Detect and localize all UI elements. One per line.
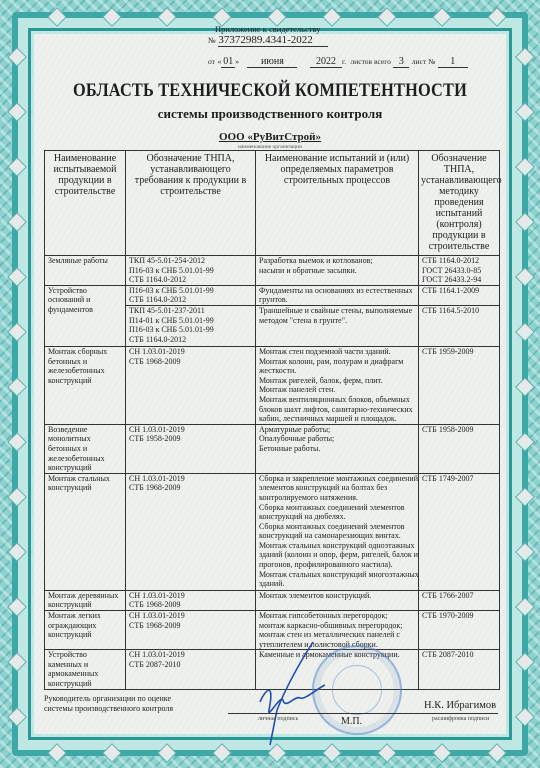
sheets-total: 3 xyxy=(393,56,409,68)
cell-tnpa-method: СТБ 1970-2009 xyxy=(419,610,500,649)
cell-line: Монтаж стальных конструкций многоэтажных xyxy=(259,570,415,580)
cell-tnpa-requirements: СН 1.03.01-2019СТБ 1958-2009 xyxy=(126,424,256,473)
cell-product: Монтаж легкихограждающихконструкций xyxy=(45,610,126,649)
table-row: Монтаж сборныхбетонных ижелезобетонныхко… xyxy=(45,346,500,424)
date-prefix: от xyxy=(208,57,215,66)
cell-line: насыпи и обратные засыпки. xyxy=(259,266,415,276)
cell-line: Разработка выемок и котлованов; xyxy=(259,256,415,266)
cell-line: зданий (колонн и опор, ферм, ригелей, ба… xyxy=(259,550,415,560)
column-header-tnpa-method: Обозначение ТНПА, устанавливающего метод… xyxy=(419,151,500,256)
column-header-tests: Наименование испытаний и (или) определяе… xyxy=(256,151,419,256)
cell-line: П16-03 к СНБ 5.01.01-99 xyxy=(129,266,252,276)
cell-line: Монтаж стальных конструкций одноэтажных xyxy=(259,541,415,551)
cell-tnpa-requirements: СН 1.03.01-2019СТБ 1968-2009 xyxy=(126,610,256,649)
cell-product: Монтаж стальныхконструкций xyxy=(45,473,126,590)
certificate-number: 37372989.4341-2022 xyxy=(218,34,328,47)
cell-line: Монтаж ригелей, балок, ферм, плит. xyxy=(259,376,415,386)
table-row: Земляные работыТКП 45-5.01-254-2012П16-0… xyxy=(45,256,500,286)
cell-line: СТБ 1958-2009 xyxy=(129,434,252,444)
year-suffix: г. xyxy=(342,57,346,66)
stamp-label: М.П. xyxy=(341,716,362,727)
cell-line: СН 1.03.01-2019 xyxy=(129,650,252,660)
cell-product: Устройствооснований ифундаментов xyxy=(45,285,126,346)
table-row: Устройствооснований ифундаментовП16-03 к… xyxy=(45,285,500,305)
cell-line: Устройство xyxy=(48,286,122,296)
cell-line: ограждающих xyxy=(48,621,122,631)
cell-line: СТБ 1958-2009 xyxy=(422,425,496,435)
cell-line: зданий. xyxy=(259,579,415,589)
cell-line: конструкций на дюбелях. xyxy=(259,512,415,522)
signer-role: Руководитель организации по оценке систе… xyxy=(44,694,173,714)
cell-tnpa-requirements: СН 1.03.01-2019СТБ 1968-2009 xyxy=(126,346,256,424)
stamp-emblem xyxy=(332,665,382,715)
cell-line: СТБ 1970-2009 xyxy=(422,611,496,621)
date-month: июня xyxy=(247,56,297,68)
cell-product: Монтаж сборныхбетонных ижелезобетонныхко… xyxy=(45,346,126,424)
sheets-total-label: листов всего xyxy=(351,57,391,66)
certificate-number-row: № 37372989.4341-2022 xyxy=(208,34,328,47)
cell-line: Опалубочные работы; xyxy=(259,434,415,444)
cell-tnpa-method: СТБ 1164.1-2009 xyxy=(419,285,500,305)
cell-line: монолитных xyxy=(48,434,122,444)
cell-line: Монтаж легких xyxy=(48,611,122,621)
cell-product: Земляные работы xyxy=(45,256,126,286)
cell-tnpa-method: СТБ 1164.5-2010 xyxy=(419,305,500,346)
cell-line: элементов конструкций на болтах без xyxy=(259,483,415,493)
cell-line: Фундаменты на основаниях из естественных xyxy=(259,286,415,296)
organization-name: ООО «РуВитСтрой» xyxy=(0,131,540,143)
cell-line: Бетонные работы. xyxy=(259,444,415,454)
cell-line: П16-03 к СНБ 5.01.01-99 xyxy=(129,325,252,335)
cell-line: Арматурные работы; xyxy=(259,425,415,435)
cell-line: СТБ 1164.1-2009 xyxy=(422,286,496,296)
cell-line: контролируемого натяжения. xyxy=(259,493,415,503)
sheet-number: 1 xyxy=(438,56,468,68)
cell-line: железобетонных xyxy=(48,454,122,464)
cell-line: фундаментов xyxy=(48,305,122,315)
cell-tnpa-requirements: П16-03 к СНБ 5.01.01-99СТБ 1164.0-2012 xyxy=(126,285,256,305)
cell-product: Устройствокаменных иармокаменныхконструк… xyxy=(45,650,126,690)
cell-line: конструкций xyxy=(48,600,122,610)
signer-role-line2: системы производственного контроля xyxy=(44,704,173,714)
cell-line: монтаж каркасно-обшивных перегородок; xyxy=(259,621,415,631)
cell-line: железобетонных xyxy=(48,366,122,376)
cell-line: грунтов. xyxy=(259,295,415,305)
cell-line: ТКП 45-5.01-254-2012 xyxy=(129,256,252,266)
cell-line: Траншейные и свайные стены, выполняемые xyxy=(259,306,415,316)
cell-line: СТБ 1959-2009 xyxy=(422,347,496,357)
cell-line: Устройство xyxy=(48,650,122,660)
sheet-label: лист № xyxy=(412,57,435,66)
cell-tnpa-requirements: ТКП 45-5.01-237-2011П14-01 к СНБ 5.01.01… xyxy=(126,305,256,346)
signer-role-line1: Руководитель организации по оценке xyxy=(44,694,173,704)
number-prefix: № xyxy=(208,36,216,45)
table-row: Монтаж деревянныхконструкцийСН 1.03.01-2… xyxy=(45,590,500,610)
cell-line: Сборка и закрепление монтажных соединени… xyxy=(259,474,415,484)
cell-tests: Сборка и закрепление монтажных соединени… xyxy=(256,473,419,590)
cell-line: ГОСТ 26433.2-94 xyxy=(422,275,496,285)
cell-line: СТБ 2087-2010 xyxy=(422,650,496,660)
cell-tests: Арматурные работы;Опалубочные работы;Бет… xyxy=(256,424,419,473)
date-day: 01 xyxy=(221,56,235,68)
cell-tnpa-method: СТБ 1958-2009 xyxy=(419,424,500,473)
signer-name-caption: расшифровка подписи xyxy=(432,716,489,722)
cell-line: конструкций xyxy=(48,630,122,640)
cell-product: Монтаж деревянныхконструкций xyxy=(45,590,126,610)
cell-line: СН 1.03.01-2019 xyxy=(129,611,252,621)
column-header-tnpa-requirements: Обозначение ТНПА, устанавливающего требо… xyxy=(126,151,256,256)
cell-line: СТБ 1968-2009 xyxy=(129,600,252,610)
signature-caption: личная подпись xyxy=(258,716,298,722)
cell-line: СТБ 2087-2010 xyxy=(129,660,252,670)
table-header-row: Наименование испытываемой продукции в ст… xyxy=(45,151,500,256)
cell-line: Монтаж сборных xyxy=(48,347,122,357)
cell-line: ТКП 45-5.01-237-2011 xyxy=(129,306,252,316)
cell-line: Монтаж панелей стен. xyxy=(259,385,415,395)
cell-tests: Траншейные и свайные стены, выполняемыем… xyxy=(256,305,419,346)
cell-tnpa-requirements: СН 1.03.01-2019СТБ 2087-2010 xyxy=(126,650,256,690)
cell-tnpa-method: СТБ 1766-2007 xyxy=(419,590,500,610)
cell-line: конструкций xyxy=(48,376,122,386)
cell-line: П16-03 к СНБ 5.01.01-99 xyxy=(129,286,252,296)
signature-scribble xyxy=(255,640,335,750)
cell-line: СН 1.03.01-2019 xyxy=(129,425,252,435)
date-year: 2022 xyxy=(310,56,342,68)
cell-line: СТБ 1164.0-2012 xyxy=(422,256,496,266)
cell-line: конструкций xyxy=(48,679,122,689)
cell-tnpa-method: СТБ 1959-2009 xyxy=(419,346,500,424)
cell-tests: Фундаменты на основаниях из естественных… xyxy=(256,285,419,305)
cell-line: бетонных и xyxy=(48,357,122,367)
appendix-label: Приложение к свидетельству xyxy=(215,24,321,34)
cell-line: прогонов, профилированного настила). xyxy=(259,560,415,570)
cell-tnpa-requirements: СН 1.03.01-2019СТБ 1968-2009 xyxy=(126,473,256,590)
cell-tests: Разработка выемок и котлованов;насыпи и … xyxy=(256,256,419,286)
cell-line: блоков шахт лифтов, санитарно-технически… xyxy=(259,405,415,415)
cell-line: оснований и xyxy=(48,295,122,305)
cell-tests: Монтаж элементов конструкций. xyxy=(256,590,419,610)
cell-line: П14-01 к СНБ 5.01.01-99 xyxy=(129,316,252,326)
cell-line: СТБ 1766-2007 xyxy=(422,591,496,601)
cell-line: жесткости. xyxy=(259,366,415,376)
cell-line: СТБ 1968-2009 xyxy=(129,357,252,367)
cell-line: Монтаж деревянных xyxy=(48,591,122,601)
cell-product: Возведениемонолитныхбетонных ижелезобето… xyxy=(45,424,126,473)
cell-line: СТБ 1968-2009 xyxy=(129,483,252,493)
cell-line: СТБ 1164.0-2012 xyxy=(129,335,252,345)
cell-line: СТБ 1749-2007 xyxy=(422,474,496,484)
cell-line: Сборка монтажных соединений элементов xyxy=(259,503,415,513)
cell-tnpa-method: СТБ 1164.0-2012ГОСТ 26433.0-85ГОСТ 26433… xyxy=(419,256,500,286)
cell-line: бетонных и xyxy=(48,444,122,454)
cell-line: Земляные работы xyxy=(48,256,122,266)
cell-line: каменных и xyxy=(48,660,122,670)
cell-line: Возведение xyxy=(48,425,122,435)
cell-line: Монтаж элементов конструкций. xyxy=(259,591,415,601)
cell-line: СТБ 1164.0-2012 xyxy=(129,275,252,285)
cell-line: Сборка монтажных соединений элементов xyxy=(259,522,415,532)
cell-line: конструкций xyxy=(48,463,122,473)
table-row: Монтаж стальныхконструкцийСН 1.03.01-201… xyxy=(45,473,500,590)
cell-line: СН 1.03.01-2019 xyxy=(129,474,252,484)
cell-tnpa-requirements: СН 1.03.01-2019СТБ 1968-2009 xyxy=(126,590,256,610)
cell-tnpa-requirements: ТКП 45-5.01-254-2012П16-03 к СНБ 5.01.01… xyxy=(126,256,256,286)
cell-line: СН 1.03.01-2019 xyxy=(129,591,252,601)
cell-tnpa-method: СТБ 2087-2010 xyxy=(419,650,500,690)
cell-line: методом "стена в грунте". xyxy=(259,316,415,326)
cell-line: ГОСТ 26433.0-85 xyxy=(422,266,496,276)
cell-line: монтаж стен из металлических панелей с xyxy=(259,630,415,640)
signature-line xyxy=(228,713,498,714)
cell-line: СТБ 1164.5-2010 xyxy=(422,306,496,316)
document-subtitle: системы производственного контроля xyxy=(0,106,540,122)
cell-tests: Монтаж стен подземной части зданий.Монта… xyxy=(256,346,419,424)
competence-table: Наименование испытываемой продукции в ст… xyxy=(44,150,500,690)
column-header-product: Наименование испытываемой продукции в ст… xyxy=(45,151,126,256)
cell-line: СТБ 1968-2009 xyxy=(129,621,252,631)
cell-line: СТБ 1164.0-2012 xyxy=(129,295,252,305)
cell-line: Монтаж стен подземной части зданий. xyxy=(259,347,415,357)
cell-line: конструкций на самонарезающих винтах. xyxy=(259,531,415,541)
cell-line: СН 1.03.01-2019 xyxy=(129,347,252,357)
document-title: ОБЛАСТЬ ТЕХНИЧЕСКОЙ КОМПЕТЕНТНОСТИ xyxy=(38,80,502,102)
cell-line: Монтаж гипсобетонных перегородок; xyxy=(259,611,415,621)
cell-line: армокаменных xyxy=(48,669,122,679)
cell-line: кабин, лестничных маршей и площадок. xyxy=(259,414,415,424)
signer-name: Н.К. Ибрагимов xyxy=(424,700,496,711)
cell-tnpa-method: СТБ 1749-2007 xyxy=(419,473,500,590)
cell-line: Монтаж стальных xyxy=(48,474,122,484)
cell-line: конструкций xyxy=(48,483,122,493)
cell-line: Монтаж вентиляционных блоков, объемных xyxy=(259,395,415,405)
cell-line: Монтаж колонн, рам, полурам и диафрагм xyxy=(259,357,415,367)
date-row: от «01» июня 2022г. листов всего 3 лист … xyxy=(208,56,508,68)
table-row: Возведениемонолитныхбетонных ижелезобето… xyxy=(45,424,500,473)
